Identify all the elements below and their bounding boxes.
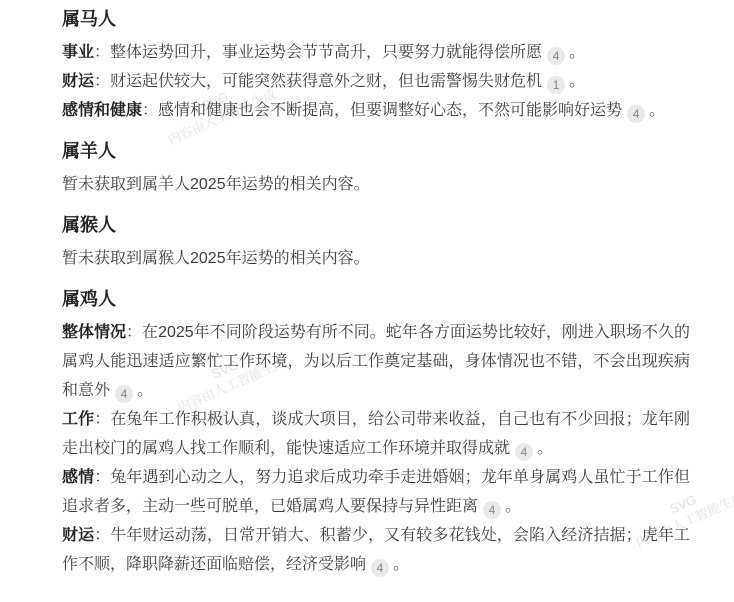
paragraph-text: ：感情和健康也会不断提高，但要调整好心态，不然可能影响好运势: [142, 102, 622, 119]
paragraph-tail: 。: [137, 382, 153, 399]
paragraph-tail: 。: [569, 44, 585, 61]
fortune-paragraph: 暂未获取到属猴人2025年运势的相关内容。: [62, 244, 690, 273]
fortune-paragraph: 感情：兔年遇到心动之人，努力追求后成功牵手走进婚姻；龙年单身属鸡人虽忙于工作但追…: [62, 463, 690, 521]
paragraph-text: ：在2025年不同阶段运势有所不同。蛇年各方面运势比较好，刚进入职场不久的属鸡人…: [62, 324, 690, 399]
fortune-article-page: SVG 内容由人工智能生成 SVG 内容由人工智能生成 SVG 内容由人工智能生…: [0, 0, 734, 602]
paragraph-label: 财运: [62, 527, 94, 544]
section-heading: 属鸡人: [62, 285, 690, 313]
fortune-paragraph: 整体情况：在2025年不同阶段运势有所不同。蛇年各方面运势比较好，刚进入职场不久…: [62, 318, 690, 405]
citation-badge[interactable]: 4: [547, 47, 565, 65]
section-heading: 属羊人: [62, 137, 690, 165]
paragraph-tail: 。: [569, 73, 585, 90]
paragraph-label: 事业: [62, 44, 94, 61]
citation-badge[interactable]: 4: [627, 105, 645, 123]
paragraph-text: ：兔年遇到心动之人，努力追求后成功牵手走进婚姻；龙年单身属鸡人虽忙于工作但追求者…: [62, 469, 690, 515]
paragraph-tail: 。: [649, 102, 665, 119]
paragraph-label: 财运: [62, 73, 94, 90]
fortune-paragraph: 暂未获取到属羊人2025年运势的相关内容。: [62, 170, 690, 199]
paragraph-tail: 。: [393, 556, 409, 573]
fortune-paragraph: 工作：在兔年工作积极认真，谈成大项目，给公司带来收益，自己也有不少回报；龙年刚走…: [62, 405, 690, 463]
section-heading: 属马人: [62, 5, 690, 33]
citation-badge[interactable]: 4: [515, 443, 533, 461]
paragraph-text: ：在兔年工作积极认真，谈成大项目，给公司带来收益，自己也有不少回报；龙年刚走出校…: [62, 411, 690, 457]
citation-badge[interactable]: 4: [115, 385, 133, 403]
fortune-paragraph: 感情和健康：感情和健康也会不断提高，但要调整好心态，不然可能影响好运势4。: [62, 96, 690, 125]
paragraph-tail: 。: [537, 440, 553, 457]
paragraph-label: 感情: [62, 469, 94, 486]
fortune-paragraph: 财运：牛年财运动荡，日常开销大、积蓄少，又有较多花钱处，会陷入经济拮据；虎年工作…: [62, 521, 690, 579]
citation-badge[interactable]: 4: [483, 501, 501, 519]
section-horse: 属马人 事业：整体运势回升，事业运势会节节高升，只要努力就能得偿所愿4。 财运：…: [62, 5, 690, 125]
paragraph-text: ：财运起伏较大，可能突然获得意外之财，但也需警惕失财危机: [94, 73, 542, 90]
paragraph-label: 工作: [62, 411, 94, 428]
citation-badge[interactable]: 4: [371, 559, 389, 577]
paragraph-text: ：整体运势回升，事业运势会节节高升，只要努力就能得偿所愿: [94, 44, 542, 61]
citation-badge[interactable]: 1: [547, 76, 565, 94]
paragraph-label: 感情和健康: [62, 102, 142, 119]
paragraph-tail: 。: [505, 498, 521, 515]
article-content: 属马人 事业：整体运势回升，事业运势会节节高升，只要努力就能得偿所愿4。 财运：…: [0, 0, 734, 579]
section-goat: 属羊人 暂未获取到属羊人2025年运势的相关内容。: [62, 137, 690, 199]
section-rooster: 属鸡人 整体情况：在2025年不同阶段运势有所不同。蛇年各方面运势比较好，刚进入…: [62, 285, 690, 579]
section-monkey: 属猴人 暂未获取到属猴人2025年运势的相关内容。: [62, 211, 690, 273]
section-heading: 属猴人: [62, 211, 690, 239]
paragraph-label: 整体情况: [62, 324, 126, 341]
fortune-paragraph: 财运：财运起伏较大，可能突然获得意外之财，但也需警惕失财危机1。: [62, 67, 690, 96]
fortune-paragraph: 事业：整体运势回升，事业运势会节节高升，只要努力就能得偿所愿4。: [62, 38, 690, 67]
